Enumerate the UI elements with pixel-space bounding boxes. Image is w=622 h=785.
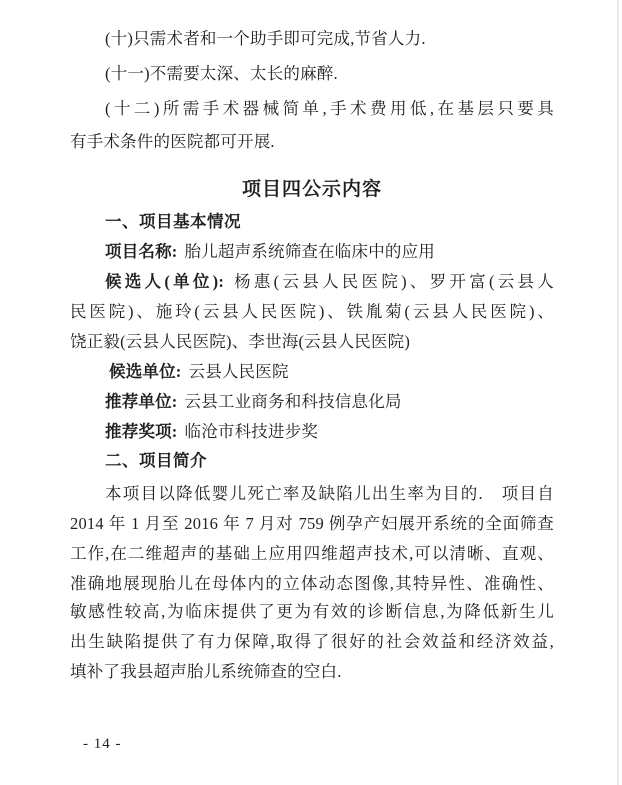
heading-basic-info: 一、项目基本情况	[70, 210, 554, 234]
field-label: 推荐奖项:	[105, 422, 178, 441]
paragraph-line: 2014 年 1 月至 2016 年 7 月对 759 例孕产妇展开系统的全面筛…	[70, 512, 554, 536]
field-value: 云县人民医院	[189, 362, 289, 381]
field-candidate-unit: 候选单位:云县人民医院	[70, 360, 554, 384]
field-project-name: 项目名称:胎儿超声系统筛查在临床中的应用	[70, 240, 554, 264]
document-title: 项目四公示内容	[70, 177, 554, 203]
field-value: 杨惠(云县人民医院)、罗开富(云县人	[231, 272, 554, 291]
scan-edge-artifact	[617, 0, 619, 785]
field-value: 云县工业商务和科技信息化局	[185, 392, 402, 411]
field-recommend-unit: 推荐单位:云县工业商务和科技信息化局	[70, 390, 554, 414]
candidates-cont-line: 饶正毅(云县人民医院)、李世海(云县人民医院)	[70, 330, 554, 354]
intro-line: (十一)不需要太深、太长的麻醉.	[70, 62, 554, 86]
field-label: 推荐单位:	[105, 392, 178, 411]
field-candidates: 候选人(单位):杨惠(云县人民医院)、罗开富(云县人	[70, 270, 554, 294]
field-label: 项目名称:	[105, 242, 178, 261]
paragraph-line: 填补了我县超声胎儿系统筛查的空白.	[70, 660, 554, 684]
paragraph-line: 本项目以降低婴儿死亡率及缺陷儿出生率为目的. 项目自	[70, 482, 554, 506]
candidates-cont-line: 民医院)、施玲(云县人民医院)、铁胤菊(云县人民医院)、	[70, 300, 554, 324]
field-label: 候选人(单位):	[105, 272, 224, 291]
paragraph-line: 敏感性较高,为临床提供了更为有效的诊断信息,为降低新生儿	[70, 600, 554, 624]
page-number: - 14 -	[83, 736, 122, 753]
paragraph-line: 准确地展现胎儿在母体内的立体动态图像,其特异性、准确性、	[70, 572, 554, 596]
document-page: (十)只需术者和一个助手即可完成,节省人力. (十一)不需要太深、太长的麻醉. …	[0, 0, 622, 785]
page-content: (十)只需术者和一个助手即可完成,节省人力. (十一)不需要太深、太长的麻醉. …	[70, 0, 554, 785]
field-value: 胎儿超声系统筛查在临床中的应用	[185, 242, 436, 261]
paragraph-line: 工作,在二维超声的基础上应用四维超声技术,可以清晰、直观、	[70, 542, 554, 566]
field-value: 临沧市科技进步奖	[185, 422, 319, 441]
intro-line: 有手术条件的医院都可开展.	[70, 130, 554, 154]
paragraph-line: 出生缺陷提供了有力保障,取得了很好的社会效益和经济效益,	[70, 630, 554, 654]
intro-line: (十)只需术者和一个助手即可完成,节省人力.	[70, 27, 554, 51]
field-recommend-award: 推荐奖项:临沧市科技进步奖	[70, 420, 554, 444]
field-label: 候选单位:	[109, 362, 182, 381]
heading-project-intro: 二、项目简介	[70, 449, 554, 473]
intro-line: (十二)所需手术器械简单,手术费用低,在基层只要具	[70, 97, 554, 121]
